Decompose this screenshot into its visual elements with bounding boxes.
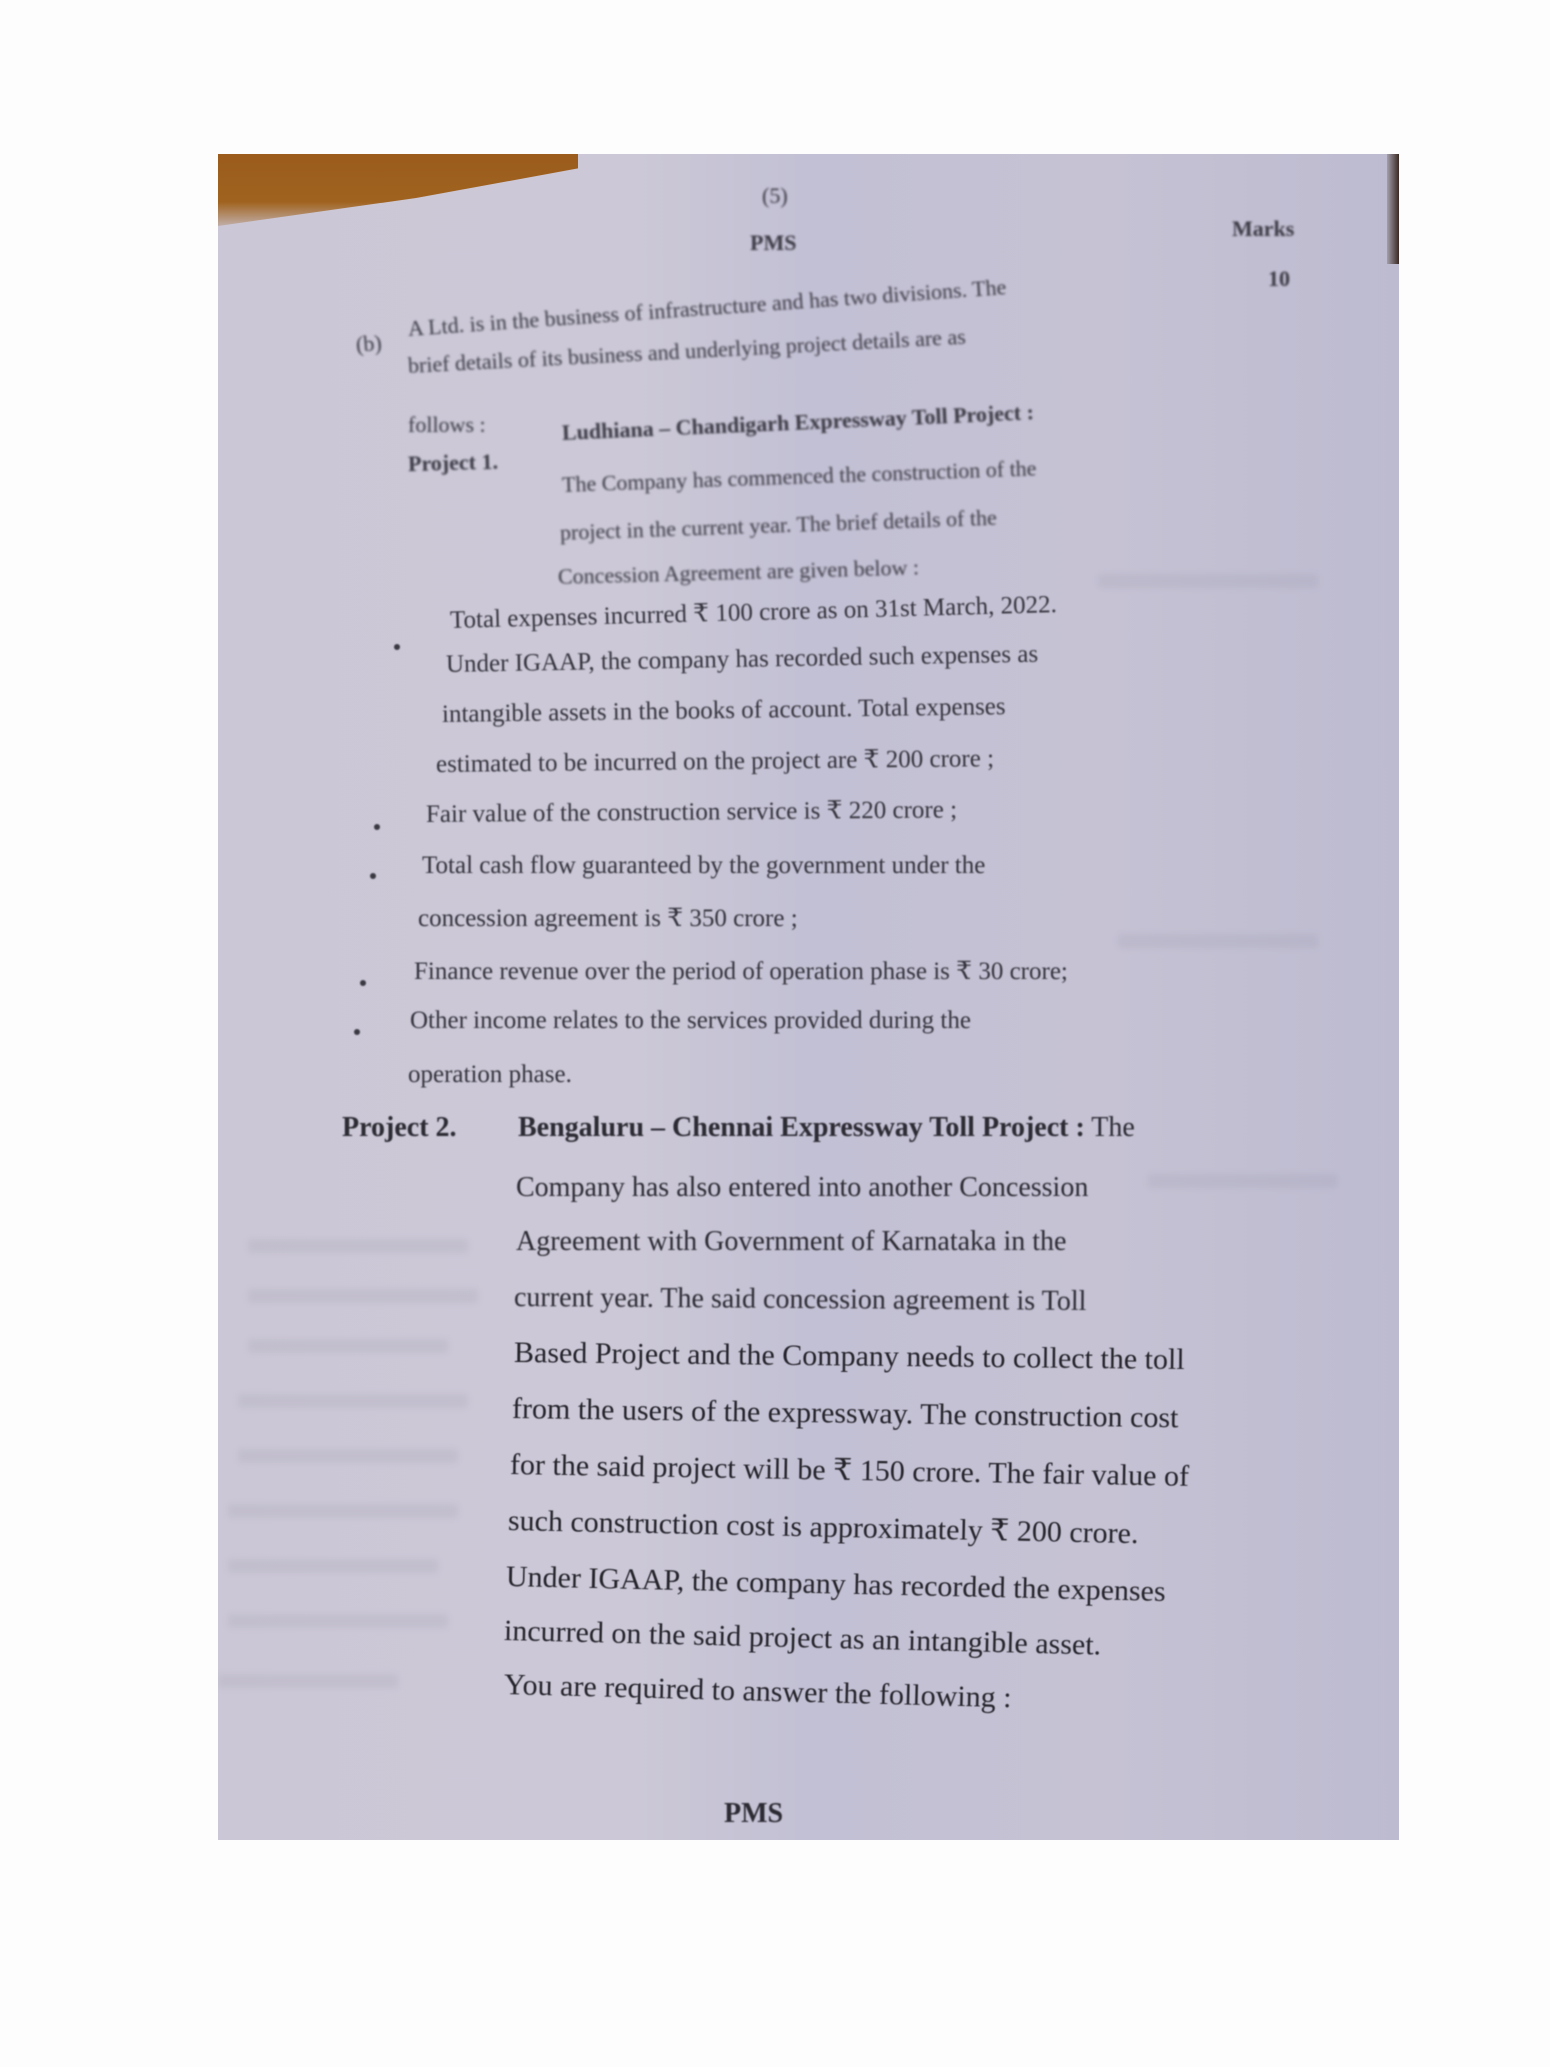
- project1-label: Project 1.: [408, 451, 499, 475]
- project2-text: Agreement with Government of Karnataka i…: [516, 1228, 1066, 1256]
- project2-text: Based Project and the Company needs to c…: [514, 1338, 1185, 1375]
- project2-text: Company has also entered into another Co…: [516, 1174, 1088, 1202]
- bullet-icon: [374, 824, 380, 830]
- footer-code: PMS: [724, 1800, 783, 1828]
- project2-text: current year. The said concession agreem…: [514, 1284, 1087, 1316]
- table-surface: [218, 154, 578, 234]
- bullet-icon: [394, 644, 400, 650]
- bullet-icon: [370, 873, 376, 879]
- page-shadow-edge: [1387, 154, 1399, 264]
- bullet-text: Total cash flow guaranteed by the govern…: [422, 853, 985, 878]
- bullet-text: estimated to be incurred on the project …: [436, 746, 994, 777]
- header-code: PMS: [750, 232, 796, 254]
- project2-heading: Bengaluru – Chennai Expressway Toll Proj…: [518, 1114, 1135, 1142]
- bullet-icon: [354, 1029, 360, 1035]
- question-label: (b): [355, 332, 382, 356]
- bullet-text: Other income relates to the services pro…: [410, 1008, 971, 1033]
- bullet-text: operation phase.: [408, 1062, 572, 1087]
- project2-title: Bengaluru – Chennai Expressway Toll Proj…: [518, 1112, 1085, 1143]
- bullet-text: Fair value of the construction service i…: [426, 797, 957, 827]
- bullet-text: Finance revenue over the period of opera…: [414, 959, 1068, 984]
- marks-value: 10: [1268, 268, 1290, 290]
- page-number: (5): [762, 185, 788, 207]
- question-line: follows :: [408, 414, 486, 436]
- bullet-text: concession agreement is ₹ 350 crore ;: [418, 906, 798, 931]
- bullet-icon: [360, 980, 366, 986]
- project2-title-tail: The: [1091, 1112, 1135, 1143]
- project2-label: Project 2.: [342, 1114, 457, 1142]
- marks-label: Marks: [1232, 218, 1294, 240]
